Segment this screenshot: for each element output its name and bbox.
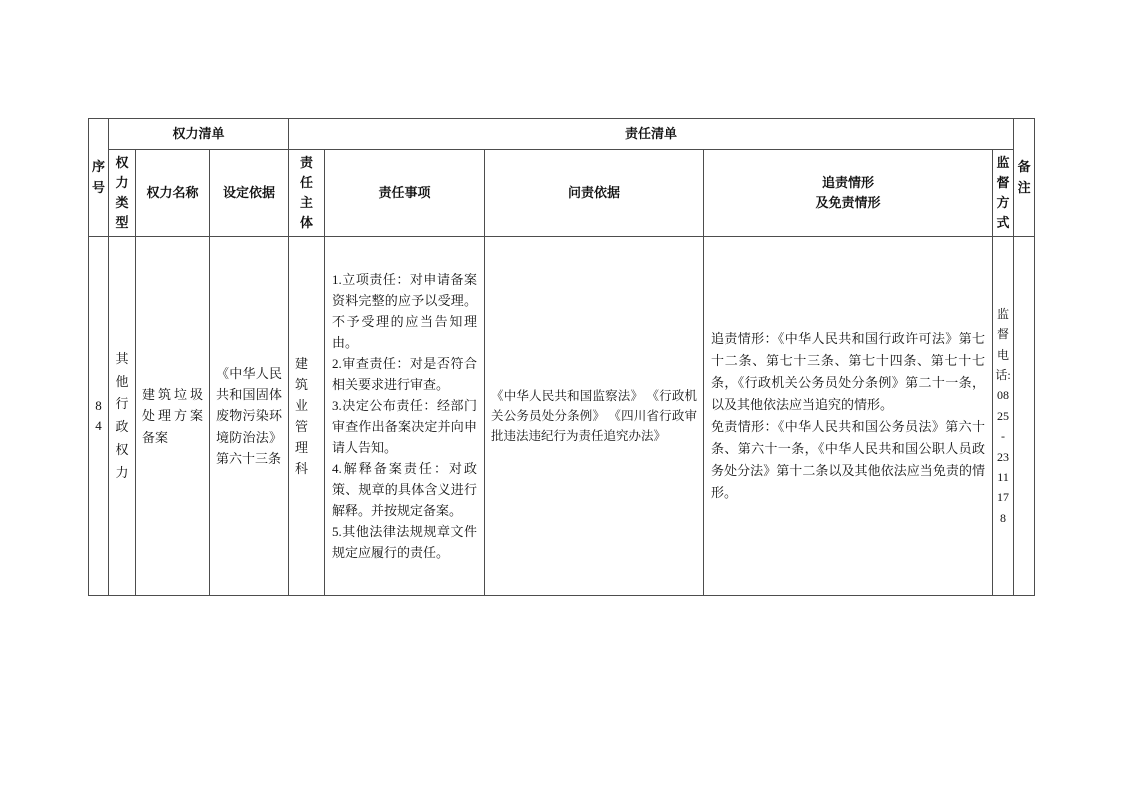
header-duty-items: 责任事项 bbox=[325, 150, 485, 237]
cell-serial-number: 8 4 bbox=[89, 237, 109, 596]
power-responsibility-table: 序 号 权力清单 责任清单 备 注 权 力 类 型 权力名称 设定依据 责 任 … bbox=[88, 118, 1035, 596]
cell-remarks bbox=[1014, 237, 1035, 596]
duty-item-1: 1.立项责任：对申请备案资料完整的应予以受理。不予受理的应当告知理由。 bbox=[332, 269, 477, 353]
duty-item-3: 3.决定公布责任：经部门审查作出备案决定并向申请人告知。 bbox=[332, 395, 477, 458]
header-responsibility-list: 责任清单 bbox=[289, 119, 1014, 150]
header-supervision-method: 监 督 方 式 bbox=[993, 150, 1014, 237]
cell-responsible-body: 建筑业管理科 bbox=[289, 237, 325, 596]
header-remarks: 备 注 bbox=[1014, 119, 1035, 237]
header-power-name: 权力名称 bbox=[136, 150, 210, 237]
cell-power-name: 建筑垃圾处理方案备案 bbox=[136, 237, 210, 596]
table-row: 8 4 其 他 行 政 权 力 建筑垃圾处理方案备案 《中华人民共和国固体废物污… bbox=[89, 237, 1035, 596]
cell-setting-basis: 《中华人民共和国固体废物污染环境防治法》第六十三条 bbox=[210, 237, 289, 596]
pursuit-situation-text: 追责情形：《中华人民共和国行政许可法》第七十二条、第七十三条、第七十四条、第七十… bbox=[711, 328, 985, 416]
header-power-type: 权 力 类 型 bbox=[109, 150, 136, 237]
exemption-situation-text: 免责情形：《中华人民共和国公务员法》第六十条、第六十一条，《中华人民共和国公职人… bbox=[711, 416, 985, 504]
duty-item-5: 5.其他法律法规规章文件规定应履行的责任。 bbox=[332, 521, 477, 563]
header-pursuit-exemption: 追责情形 及免责情形 bbox=[704, 150, 993, 237]
cell-duty-items: 1.立项责任：对申请备案资料完整的应予以受理。不予受理的应当告知理由。 2.审查… bbox=[325, 237, 485, 596]
cell-supervision-phone: 监 督 电 话: 08 25 - 23 11 17 8 bbox=[993, 237, 1014, 596]
header-power-list: 权力清单 bbox=[109, 119, 289, 150]
duty-item-2: 2.审查责任：对是否符合相关要求进行审查。 bbox=[332, 353, 477, 395]
cell-power-type: 其 他 行 政 权 力 bbox=[109, 237, 136, 596]
header-serial-number: 序 号 bbox=[89, 119, 109, 237]
header-setting-basis: 设定依据 bbox=[210, 150, 289, 237]
cell-accountability-basis: 《中华人民共和国监察法》 《行政机关公务员处分条例》 《四川省行政审批违法违纪行… bbox=[485, 237, 704, 596]
header-responsible-body: 责 任 主 体 bbox=[289, 150, 325, 237]
header-accountability-basis: 问责依据 bbox=[485, 150, 704, 237]
cell-pursuit-exemption: 追责情形：《中华人民共和国行政许可法》第七十二条、第七十三条、第七十四条、第七十… bbox=[704, 237, 993, 596]
duty-item-4: 4.解释备案责任：对政策、规章的具体含义进行解释。并按规定备案。 bbox=[332, 458, 477, 521]
